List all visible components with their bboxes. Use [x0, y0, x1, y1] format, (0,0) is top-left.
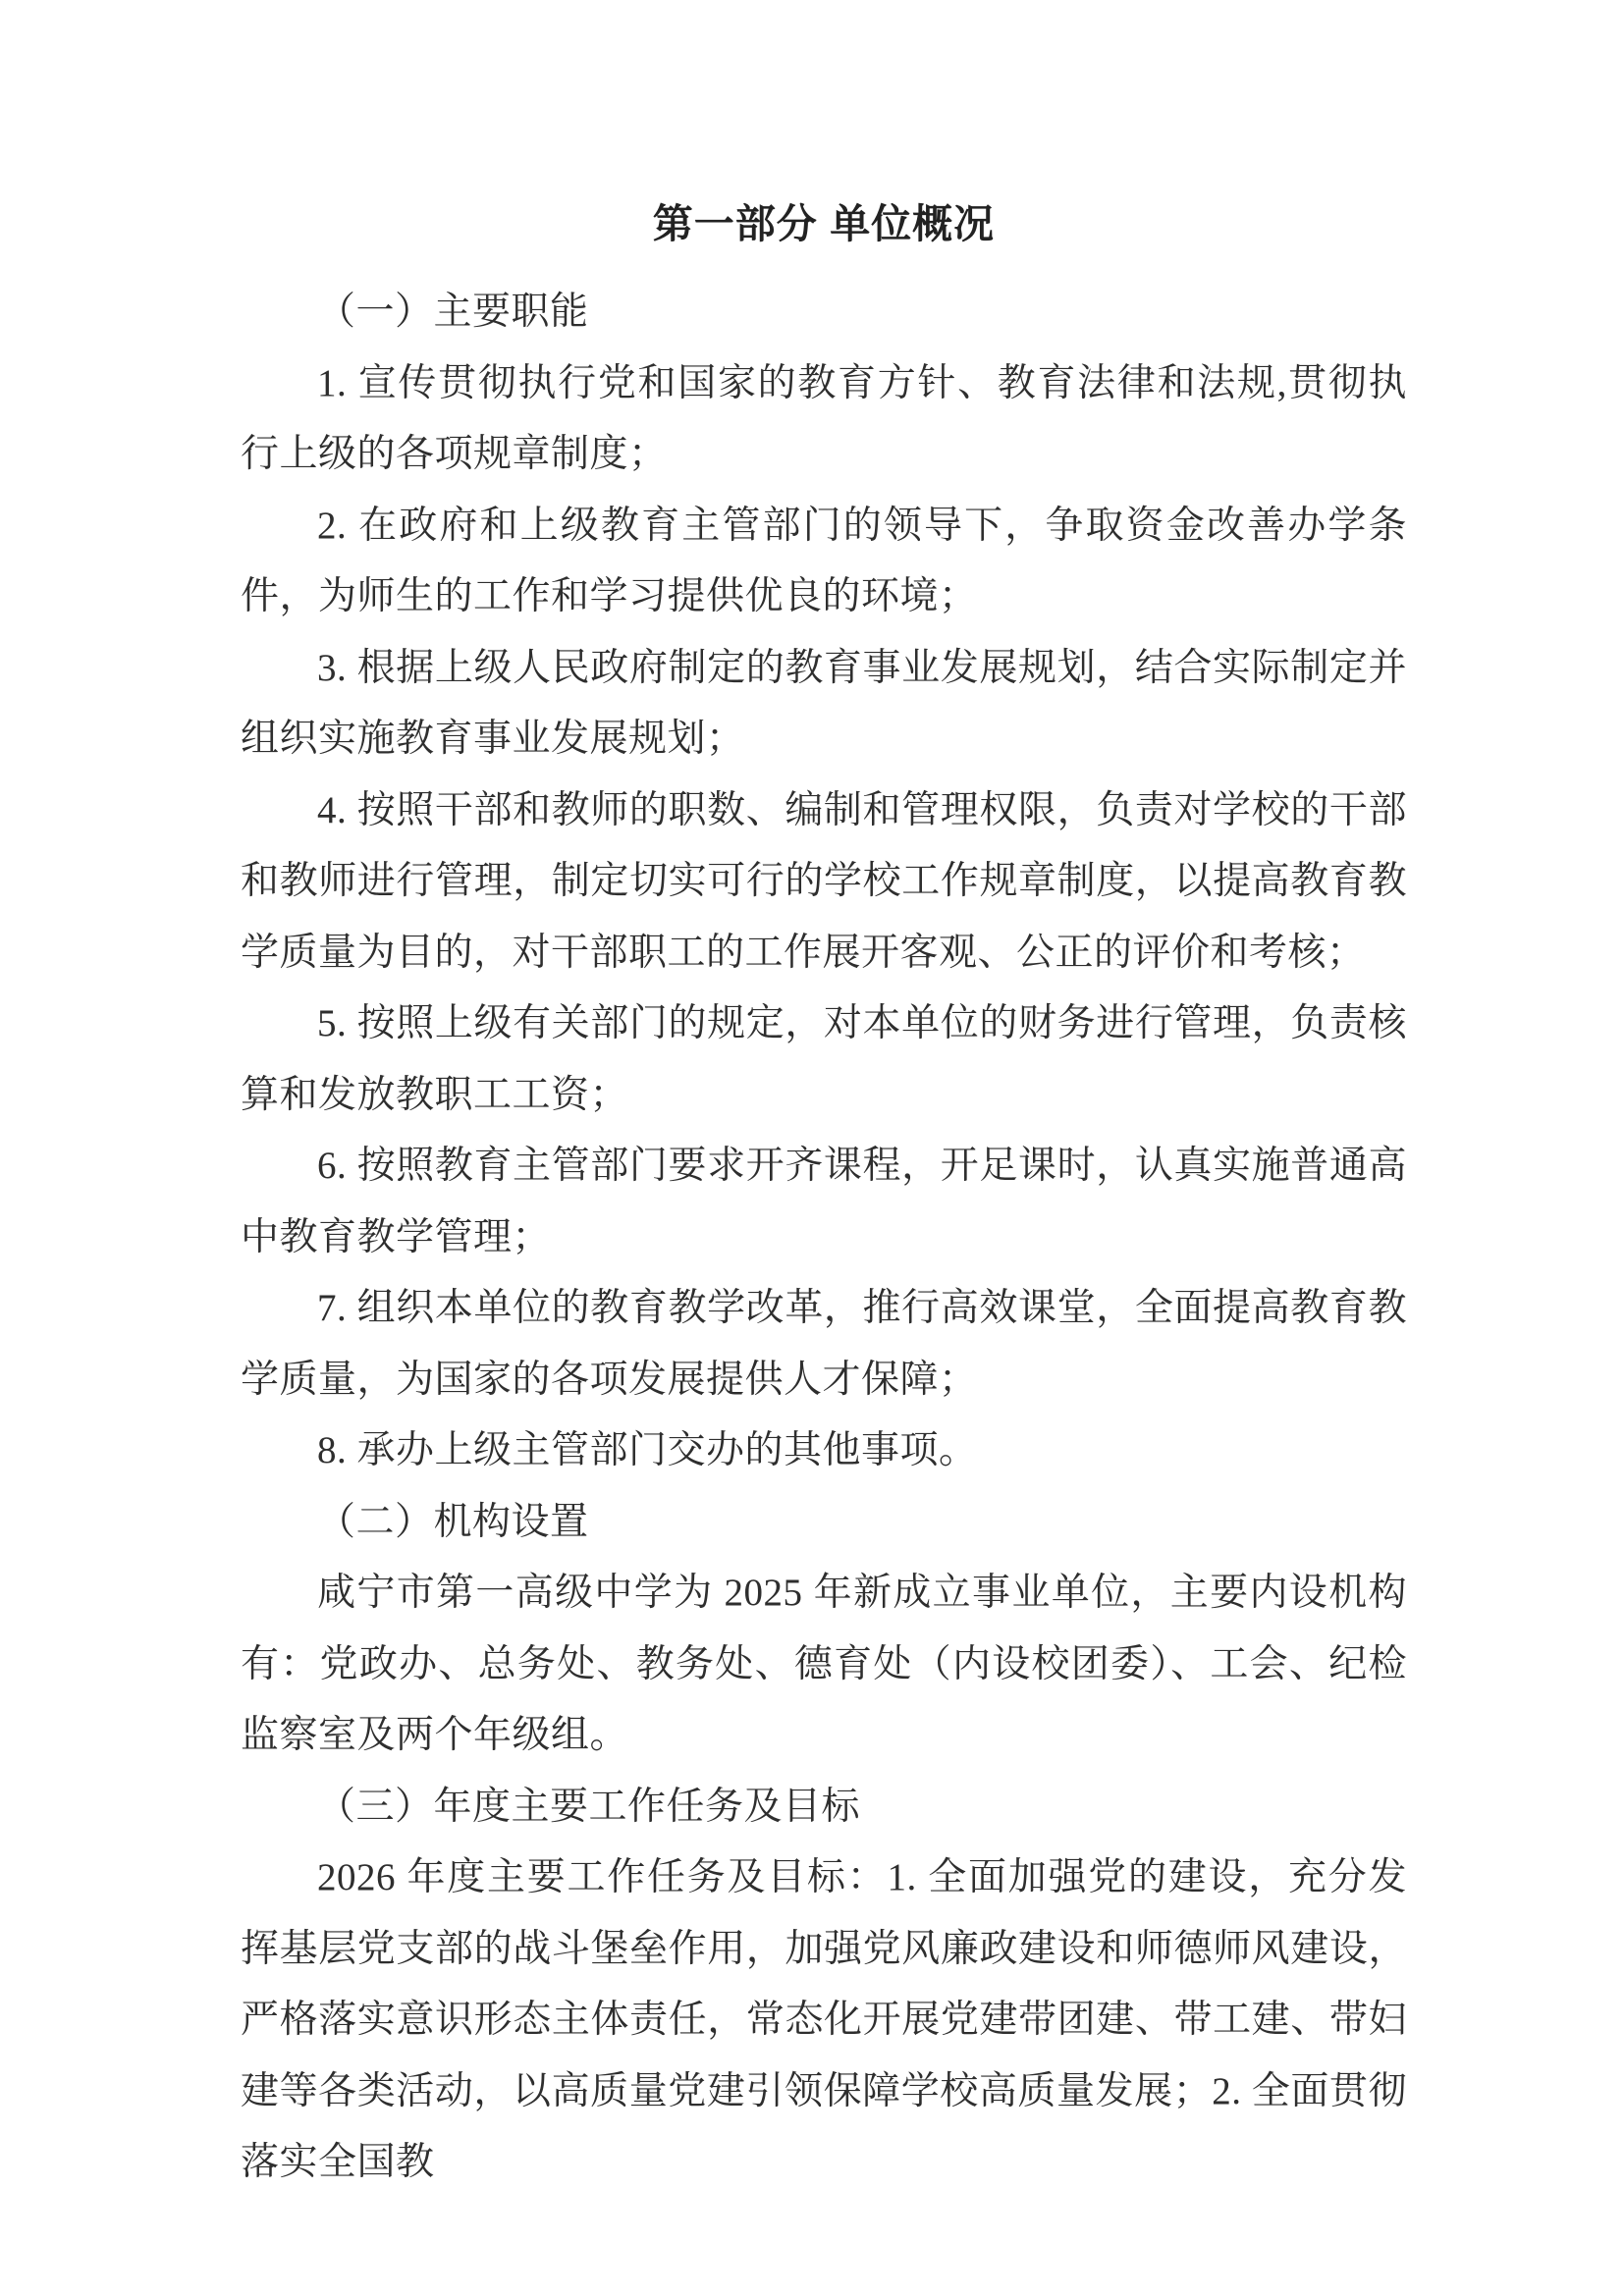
document-content: 第一部分 单位概况 （一）主要职能 1. 宣传贯彻执行党和国家的教育方针、教育法…	[241, 196, 1407, 2199]
section-heading: （三）年度主要工作任务及目标	[241, 1772, 1407, 1843]
paragraph: 7. 组织本单位的教育教学改革，推行高效课堂，全面提高教育教学质量，为国家的各项…	[241, 1273, 1407, 1415]
paragraph: 2. 在政府和上级教育主管部门的领导下，争取资金改善办学条件，为师生的工作和学习…	[241, 491, 1407, 633]
document-section: （一）主要职能 1. 宣传贯彻执行党和国家的教育方针、教育法律和法规,贯彻执行上…	[241, 277, 1407, 1487]
document-body: （一）主要职能 1. 宣传贯彻执行党和国家的教育方针、教育法律和法规,贯彻执行上…	[241, 277, 1407, 2199]
section-heading: （二）机构设置	[241, 1487, 1407, 1559]
paragraph: 8. 承办上级主管部门交办的其他事项。	[241, 1415, 1407, 1487]
document-section: （三）年度主要工作任务及目标 2026 年度主要工作任务及目标：1. 全面加强党…	[241, 1772, 1407, 2199]
document-page: 第一部分 单位概况 （一）主要职能 1. 宣传贯彻执行党和国家的教育方针、教育法…	[0, 0, 1624, 2296]
document-section: （二）机构设置 咸宁市第一高级中学为 2025 年新成立事业单位，主要内设机构有…	[241, 1487, 1407, 1772]
paragraph: 3. 根据上级人民政府制定的教育事业发展规划，结合实际制定并组织实施教育事业发展…	[241, 633, 1407, 775]
paragraph: 1. 宣传贯彻执行党和国家的教育方针、教育法律和法规,贯彻执行上级的各项规章制度…	[241, 348, 1407, 491]
paragraph: 咸宁市第一高级中学为 2025 年新成立事业单位，主要内设机构有：党政办、总务处…	[241, 1558, 1407, 1772]
document-title: 第一部分 单位概况	[241, 196, 1407, 251]
paragraph: 4. 按照干部和教师的职数、编制和管理权限，负责对学校的干部和教师进行管理，制定…	[241, 775, 1407, 989]
paragraph: 5. 按照上级有关部门的规定，对本单位的财务进行管理，负责核算和发放教职工工资；	[241, 988, 1407, 1131]
paragraph: 2026 年度主要工作任务及目标：1. 全面加强党的建设，充分发挥基层党支部的战…	[241, 1842, 1407, 2199]
paragraph: 6. 按照教育主管部门要求开齐课程，开足课时，认真实施普通高中教育教学管理；	[241, 1131, 1407, 1273]
section-heading: （一）主要职能	[241, 277, 1407, 348]
